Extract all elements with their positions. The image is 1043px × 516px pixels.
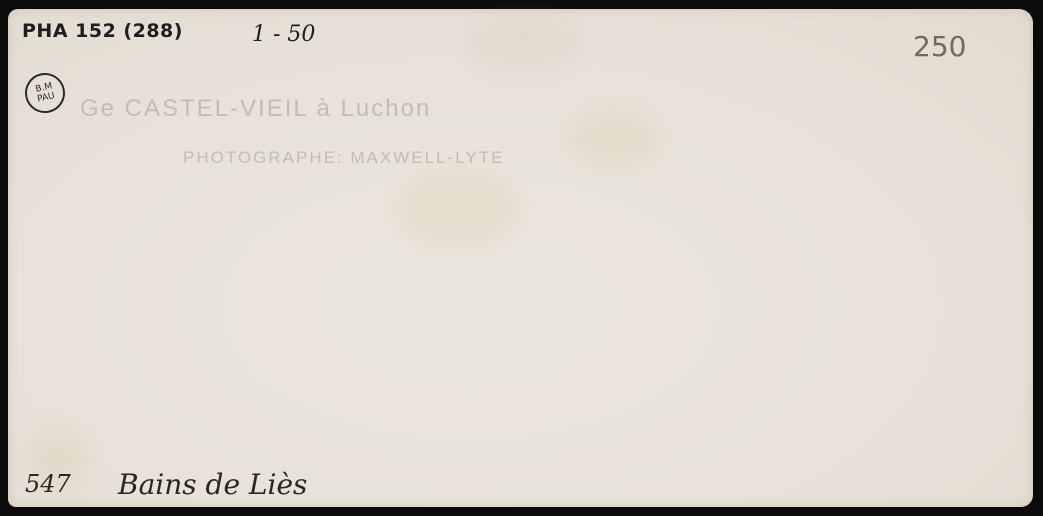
inventory-number: 250 xyxy=(913,30,966,63)
pencil-title: Ge CASTEL-VIEIL à Luchon xyxy=(80,95,431,123)
caption-text: Bains de Liès xyxy=(118,468,307,501)
reference-number: 1 - 50 xyxy=(252,22,315,47)
photographer-credit: PHOTOGRAPHE: MAXWELL-LYTE xyxy=(183,148,504,168)
photo-card-verso xyxy=(8,9,1033,507)
shelfmark: PHA 152 (288) xyxy=(22,20,183,42)
stamp-line-2: PAU xyxy=(36,91,55,104)
paper-stain xyxy=(398,169,518,249)
caption-number: 547 xyxy=(25,470,71,498)
faint-circle-mark xyxy=(468,14,578,74)
paper-stain xyxy=(568,109,658,169)
